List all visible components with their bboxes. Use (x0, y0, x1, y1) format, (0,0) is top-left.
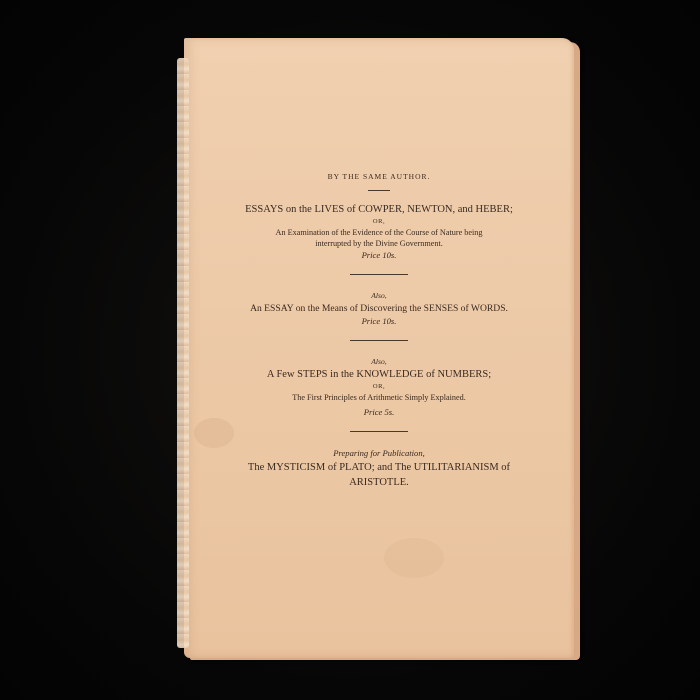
entry-title: An ESSAY on the Means of Discovering the… (184, 302, 574, 315)
heading: BY THE SAME AUTHOR. (184, 172, 574, 181)
stain (384, 538, 444, 578)
entry-preparing: Preparing for Publication, The MYSTICISM… (184, 446, 574, 490)
entry-essays-lives: ESSAYS on the LIVES of COWPER, NEWTON, a… (184, 203, 574, 262)
printed-page: BY THE SAME AUTHOR. ESSAYS on the LIVES … (184, 38, 574, 658)
forthcoming-title: The MYSTICISM of PLATO; and The UTILITAR… (184, 460, 574, 475)
entry-steps-numbers: Also, A Few STEPS in the KNOWLEDGE of NU… (184, 355, 574, 419)
forthcoming-title-cont: ARISTOTLE. (184, 475, 574, 490)
divider (350, 340, 408, 341)
entry-title: A Few STEPS in the KNOWLEDGE of NUMBERS; (184, 368, 574, 381)
entry-desc: An Examination of the Evidence of the Co… (184, 227, 574, 238)
divider (350, 274, 408, 275)
divider (368, 190, 390, 191)
entry-desc: The First Principles of Arithmetic Simpl… (184, 392, 574, 403)
entry-price: Price 10s. (184, 249, 574, 262)
preparing-label: Preparing for Publication, (184, 446, 574, 460)
entry-desc: interrupted by the Divine Government. (184, 238, 574, 249)
entry-or: OR, (184, 381, 574, 392)
entry-essay-senses: Also, An ESSAY on the Means of Discoveri… (184, 289, 574, 328)
entry-price: Price 5s. (184, 406, 574, 419)
entry-also: Also, (184, 289, 574, 302)
page-content: BY THE SAME AUTHOR. ESSAYS on the LIVES … (184, 172, 574, 490)
entry-price: Price 10s. (184, 315, 574, 328)
entry-title: ESSAYS on the LIVES of COWPER, NEWTON, a… (184, 203, 574, 216)
entry-or: OR, (184, 216, 574, 227)
entry-also: Also, (184, 355, 574, 368)
divider (350, 431, 408, 432)
